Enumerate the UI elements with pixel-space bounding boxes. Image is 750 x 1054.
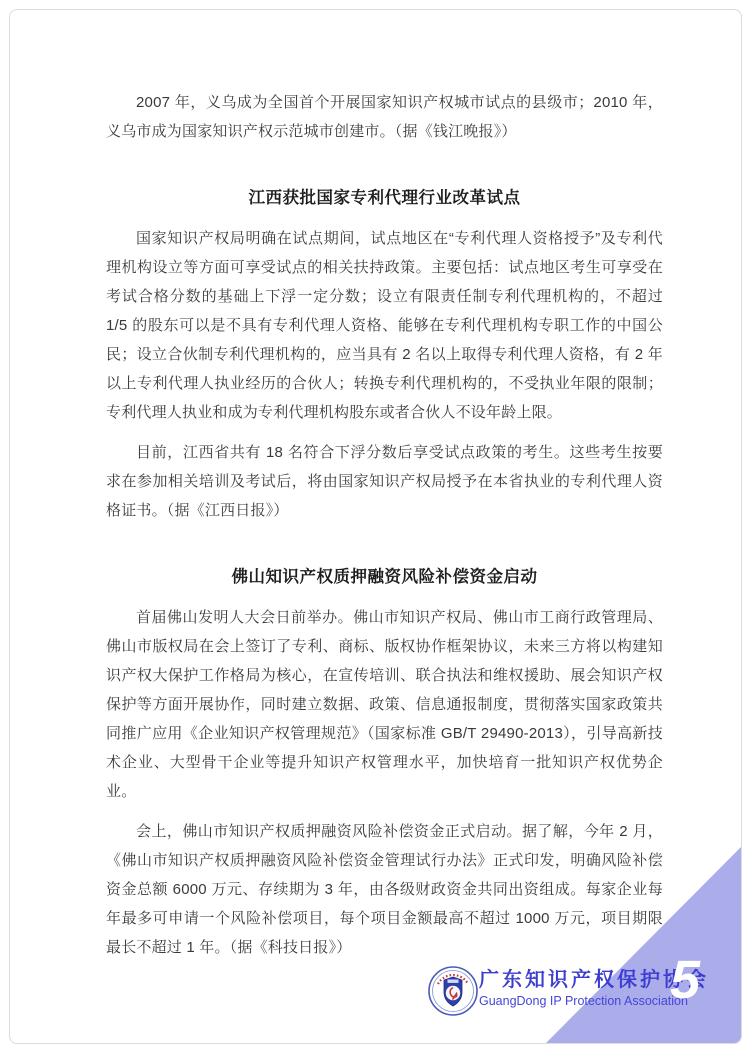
page-footer: 广东知识产权保护协会 GuangDong IP Protection Assoc…: [10, 923, 741, 1043]
section-foshan-paragraph-1: 首届佛山发明人大会日前举办。佛山市知识产权局、佛山市工商行政管理局、佛山市版权局…: [106, 603, 663, 806]
association-logo-icon: [428, 966, 478, 1016]
section-jiangxi-title: 江西获批国家专利代理行业改革试点: [106, 188, 663, 208]
page-number: 5: [670, 951, 730, 1009]
intro-paragraph: 2007 年，义乌成为全国首个开展国家知识产权城市试点的县级市；2010 年，义…: [106, 88, 663, 146]
newsletter-page: 2007 年，义乌成为全国首个开展国家知识产权城市试点的县级市；2010 年，义…: [0, 0, 750, 1054]
association-name-en: GuangDong IP Protection Association: [479, 993, 679, 1009]
section-foshan-title: 佛山知识产权质押融资风险补偿资金启动: [106, 567, 663, 587]
association-name-zh: 广东知识产权保护协会: [479, 967, 679, 993]
association-name-block: 广东知识产权保护协会 GuangDong IP Protection Assoc…: [479, 967, 679, 1009]
article-body: 2007 年，义乌成为全国首个开展国家知识产权城市试点的县级市；2010 年，义…: [106, 88, 663, 973]
section-jiangxi-paragraph-2: 目前，江西省共有 18 名符合下浮分数后享受试点政策的考生。这些考生按要求在参加…: [106, 438, 663, 525]
section-jiangxi-paragraph-1: 国家知识产权局明确在试点期间，试点地区在“专利代理人资格授予”及专利代理机构设立…: [106, 224, 663, 427]
page-card: 2007 年，义乌成为全国首个开展国家知识产权城市试点的县级市；2010 年，义…: [9, 9, 742, 1044]
